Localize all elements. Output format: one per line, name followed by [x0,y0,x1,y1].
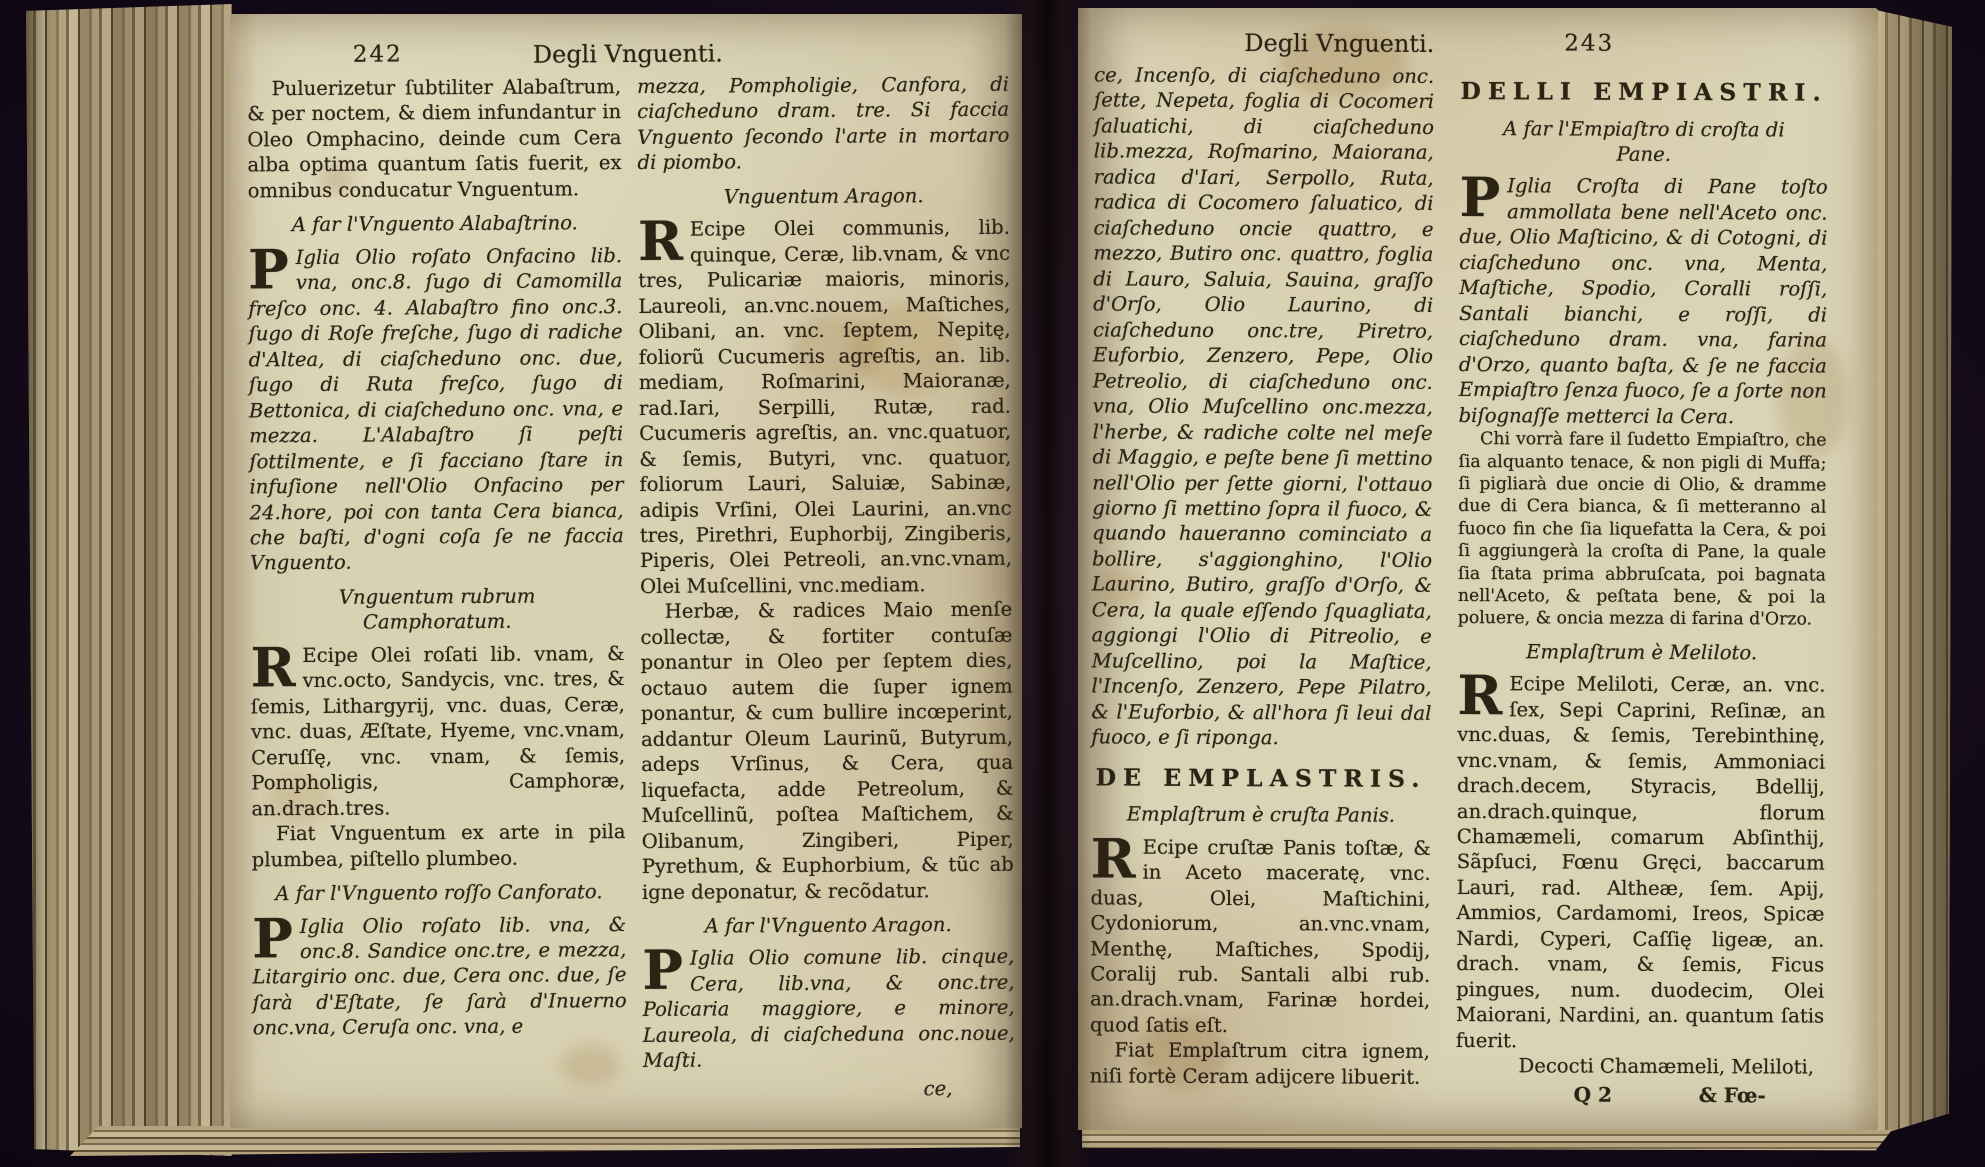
section-heading: A far l'Vnguento roſſo Canforato. [270,879,608,907]
right-page-header: Degli Vnguenti. 243 [1094,28,1830,65]
section-heading-text: A far l'Vnguento roſſo Canforato. [275,880,602,905]
recipe-paragraph-text: Ecipe Olei roſati lib. vnam, & vnc.octo,… [251,642,626,820]
text-column-2: mezza, Pompholigie, Canfora, di ciaſched… [637,72,1015,1104]
signature-mark: Q 2 [1574,1081,1612,1107]
recipe-paragraph: PIglia Olio roſato lib. vna, & onc.8. Sa… [252,912,627,1042]
recipe-paragraph: REcipe Olei communis, lib. quinque, Ceræ… [638,215,1012,599]
paragraph: Fiat Emplaſtrum citra ignem, niſi fortè … [1090,1038,1430,1090]
recipe-paragraph-text: Iglia Croſta di Pane toſto ammollata ben… [1459,175,1828,428]
section-heading: A far l'Vnguento Alabaſtrino. [266,211,604,239]
text-column-1: ce, Incenſo, di ciaſcheduno onc. ſette, … [1090,62,1435,1106]
catchword: ce, [643,1075,1015,1103]
section-heading-text: A far l'Vnguento Aragon. [705,913,952,938]
recipe-paragraph: REcipe Meliloti, Ceræ, an. vnc. ſex, Sep… [1456,671,1826,1055]
left-page: 242 Degli Vnguenti. Puluerizetur ſubtili… [230,14,1022,1128]
paragraph: Chi vorrà fare il ſudetto Empiaſtro, che… [1458,428,1827,631]
right-page-text: Degli Vnguenti. 243 ce, Incenſo, di ciaſ… [1090,28,1831,1108]
recipe-paragraph: REcipe Olei roſati lib. vnam, & vnc.octo… [250,641,625,822]
running-title: Degli Vnguenti. [247,38,1009,71]
recipe-paragraph-text: Ecipe Olei communis, lib. quinque, Ceræ,… [638,216,1012,598]
section-heading-text: Vnguentum Aragon. [724,184,924,208]
drop-cap: P [642,946,690,991]
paragraph-text: ce, Incenſo, di ciaſcheduno onc. ſette, … [1091,63,1434,749]
paragraph-text: Herbæ, & radices Maio menſe collectæ, & … [640,598,1014,903]
page-edges-right [1876,10,1952,1136]
section-heading-text: Emplaſtrum è cruſta Panis. [1127,803,1395,827]
paragraph-text: Fiat Emplaſtrum citra ignem, niſi fortè … [1090,1039,1430,1089]
section-heading: Vnguentum rubrum Camphoratum. [268,583,606,636]
section-heading: Vnguentum Aragon. [656,183,992,211]
signature-row: Q 2& Fœ- [1574,1081,1766,1108]
paragraph: Decocti Chamæmeli, Meliloti, [1456,1053,1824,1080]
right-page: Degli Vnguenti. 243 ce, Incenſo, di ciaſ… [1078,8,1878,1130]
recipe-paragraph: REcipe cruſtæ Panis toſtæ, & in Aceto ma… [1090,834,1431,1039]
left-page-text: 242 Degli Vnguenti. Puluerizetur ſubtili… [247,38,1015,1106]
page-edges-left [26,4,232,1156]
paragraph: Fiat Vnguentum ex arte in pila plumbea, … [252,819,626,872]
section-heading: A far l'Vnguento Aragon. [660,912,996,940]
recipe-paragraph: PIglia Croſta di Pane toſto ammollata be… [1459,173,1828,429]
chapter-heading-text: DELLI EMPIASTRI. [1460,77,1827,107]
recipe-paragraph-text: Iglia Olio roſato Onfacino lib. vna, onc… [248,244,624,575]
drop-cap: R [1091,834,1143,879]
paragraph-text: Chi vorrà fare il ſudetto Empiaſtro, che… [1458,429,1827,630]
paragraph-text: Decocti Chamæmeli, Meliloti, [1518,1054,1814,1078]
catchword: & Fœ- [1699,1082,1766,1108]
drop-cap: R [638,217,690,262]
paragraph-text: mezza, Pompholigie, Canfora, di ciaſched… [637,73,1009,175]
text-column-2: DELLI EMPIASTRI.A far l'Empiaſtro di cro… [1456,64,1829,1108]
book-scan: 242 Degli Vnguenti. Puluerizetur ſubtili… [0,0,1985,1167]
section-heading: A far l'Empiaſtro di croſta di Pane. [1478,116,1810,168]
catchword-text: ce, [924,1077,953,1100]
text-column-1: Puluerizetur ſubtiliter Alabaſtrum, & pe… [247,74,627,1106]
chapter-heading-text: DE EMPLASTRIS. [1096,763,1427,792]
page-number: 243 [1564,30,1614,56]
section-heading-text: A far l'Vnguento Alabaſtrino. [292,212,578,237]
drop-cap: R [250,643,302,688]
paragraph-text: Fiat Vnguentum ex arte in pila plumbea, … [252,820,626,871]
paragraph: Herbæ, & radices Maio menſe collectæ, & … [640,597,1014,905]
recipe-paragraph-text: Iglia Olio comune lib. cinque, Cera, lib… [643,945,1015,1072]
drop-cap: R [1457,671,1509,716]
paragraph: Puluerizetur ſubtiliter Alabaſtrum, & pe… [247,74,622,204]
drop-cap: P [1460,173,1508,218]
recipe-paragraph: PIglia Olio roſato Onfacino lib. vna, on… [248,243,624,576]
drop-cap: P [248,245,296,290]
paragraph: mezza, Pompholigie, Canfora, di ciaſched… [637,72,1010,176]
drop-cap: P [252,914,300,959]
recipe-paragraph-text: Ecipe Meliloti, Ceræ, an. vnc. ſex, Sepi… [1456,672,1826,1052]
chapter-heading: DELLI EMPIASTRI. [1460,76,1828,108]
chapter-heading: DE EMPLASTRIS. [1091,762,1431,794]
running-title: Degli Vnguenti. [1244,29,1434,58]
section-heading-text: Vnguentum rubrum Camphoratum. [339,584,536,634]
page-edges-bottom-left [70,1126,1020,1156]
section-heading-text: Emplaſtrum è Meliloto. [1526,640,1757,664]
paragraph: ce, Incenſo, di ciaſcheduno onc. ſette, … [1091,62,1434,751]
section-heading-text: A far l'Empiaſtro di croſta di Pane. [1503,117,1785,166]
section-heading: Emplaſtrum è cruſta Panis. [1109,802,1413,829]
left-page-header: 242 Degli Vnguenti. [247,38,1009,77]
section-heading: Emplaſtrum è Meliloto. [1476,639,1808,666]
paragraph-text: Puluerizetur ſubtiliter Alabaſtrum, & pe… [247,75,621,202]
recipe-paragraph: PIglia Olio comune lib. cinque, Cera, li… [642,944,1015,1074]
page-edges-bottom-right [1082,1130,1892,1154]
recipe-paragraph-text: Iglia Olio roſato lib. vna, & onc.8. San… [252,913,626,1040]
